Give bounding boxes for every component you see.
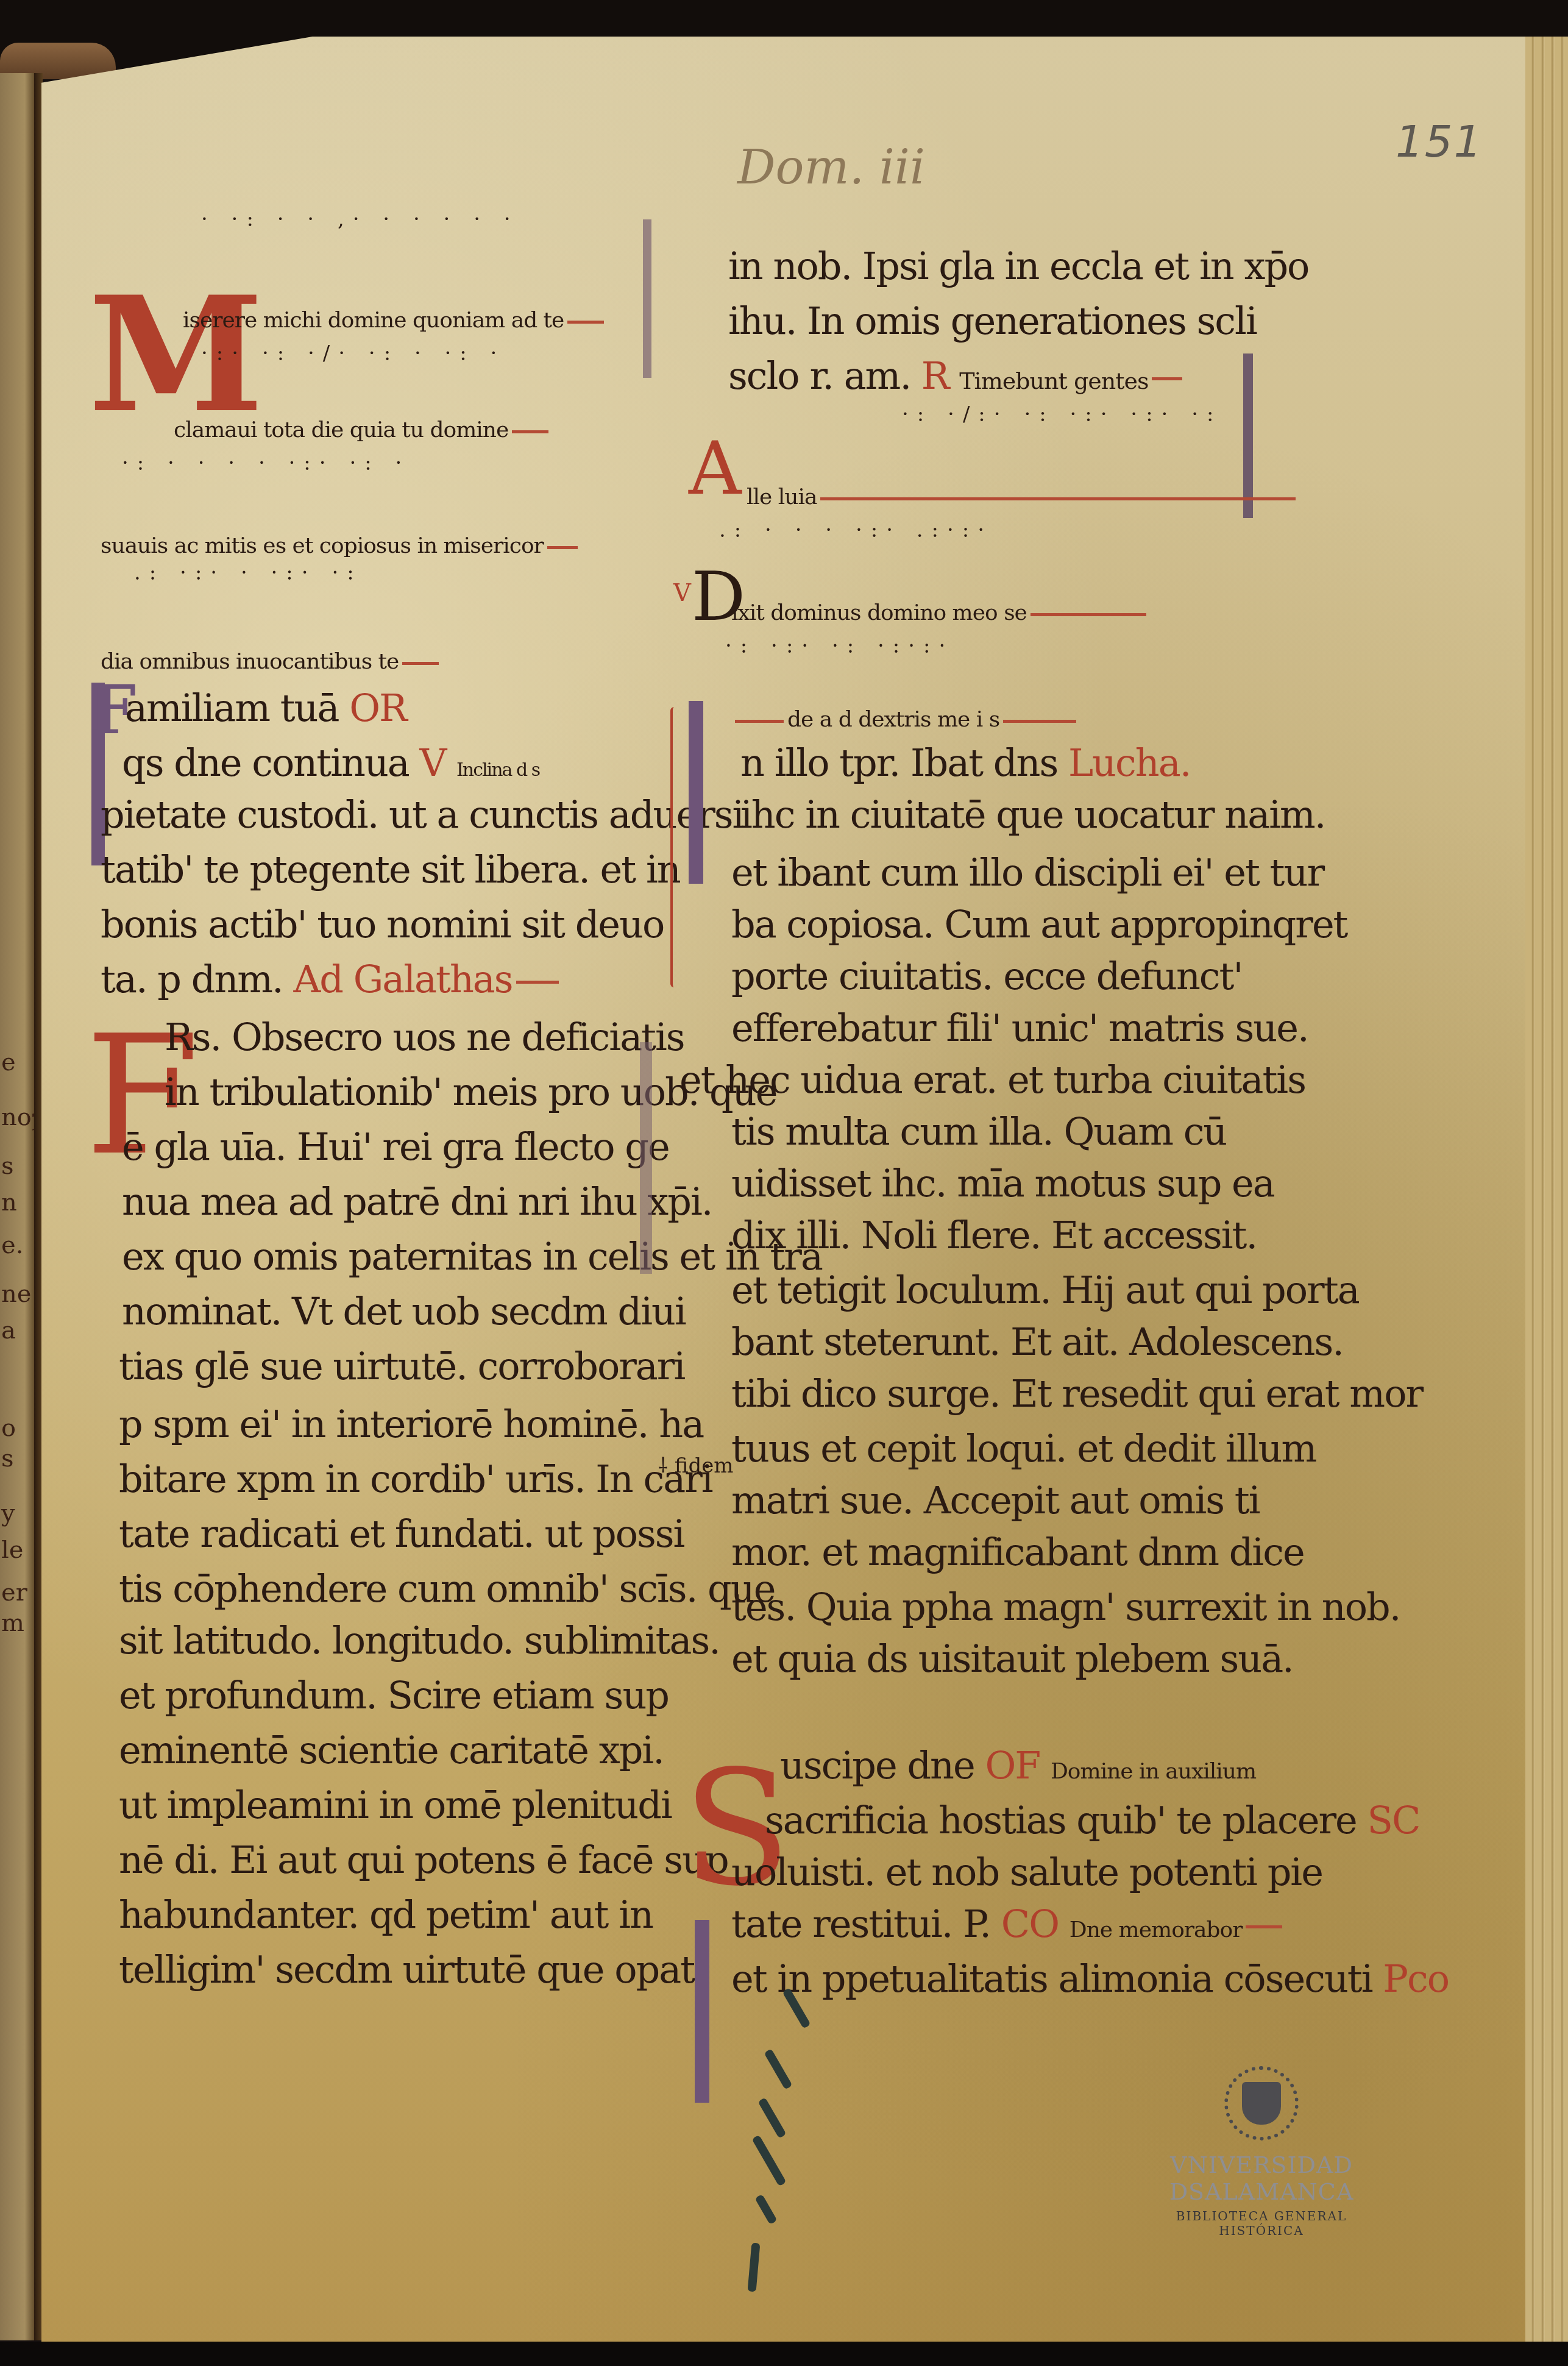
margin-fragment: a [1,1316,16,1345]
watermark-line1: VNIVERSIDAD [1133,2151,1389,2178]
text-line: tate restitui. P. CO Dne memorabor [731,1902,1286,1946]
text-line: eminentē scientie caritatē xpi. [119,1728,664,1772]
margin-fragment: e. [1,1231,23,1259]
margin-note: ⸸ fidem [658,1451,734,1479]
chant-line: suauis ac mitis es et copiosus in miseri… [101,533,581,558]
text-line: ihu. In omis generationes scli [728,299,1257,343]
text-line: tuus et cepit loqui. et dedit illum [731,1426,1316,1471]
neume-row: .: ·:· · ·:· ·: [134,561,363,585]
column-rule [640,1042,652,1274]
university-seal-icon [1224,2066,1299,2140]
alleluia-line: lle luia [747,485,1299,510]
text-line: ē gla uīa. Hui' rei gra flecto ge [122,1124,669,1169]
text-line: bant steterunt. Et ait. Adolescens. [731,1320,1343,1364]
margin-fragment: er [1,1579,27,1607]
chant-line: iserere michi domine quoniam ad te [183,308,608,333]
text-line: Rs. Obsecro uos ne deficiatis [165,1015,684,1059]
margin-fragment: o [1,1414,16,1442]
text-line: pietate custodi. ut a cunctis aduersi [101,792,743,837]
text-line: qs dne continua V Inclina d s [122,741,539,785]
initial-a: A [689,427,742,511]
neume-row: .: · · · ·:· .:·:· [719,518,993,542]
text-line: tes. Quia ppha magn' surrexit in nob. [731,1585,1400,1629]
watermark-line3: BIBLIOTECA GENERAL HISTÓRICA [1133,2209,1389,2238]
previous-page-edge: e noȝ s n e. ne a o s y le er m [0,73,35,2340]
text-line: mor. et magnificabant dnm dice [731,1530,1304,1574]
text-line: matri sue. Accepit aut omis ti [731,1478,1260,1522]
text-line: n illo tpr. Ibat dns Lucha. [740,741,1190,785]
neume-row: ·:· ·: ·/· ·: · ·: · [201,341,505,366]
text-line: tis cōphendere cum omnib' scīs. que [119,1566,775,1611]
text-line: tate radicati et fundati. ut possi [119,1512,684,1556]
text-line: in nob. Ipsi gla in eccla et in xp̄o [728,244,1308,288]
text-line: et profundum. Scire etiam sup [119,1673,669,1718]
text-line: et tetigit loculum. Hij aut qui porta [731,1268,1359,1312]
neume-row: ·: ·/:· ·: ·:· ·:· ·: [902,402,1222,427]
text-line: ihc in ciuitatē que uocatur naim. [740,792,1325,837]
initial-i-purple [689,701,703,884]
text-line: sclo r. am. R Timebunt gentes [728,353,1186,398]
text-line: nominat. Vt det uob secdm diui [122,1289,686,1334]
margin-fragment: e [1,1048,16,1076]
text-line: et quia ds uisitauit plebem suā. [731,1636,1293,1681]
text-line: sacrificia hostias quib' te placere SC [765,1798,1419,1842]
text-line: uidisset ihc. mīa motus sup ea [731,1161,1274,1206]
margin-fragment: le [1,1536,23,1564]
chant-line: clamaui tota die quia tu domine [174,417,552,442]
fore-edge-leaves [1525,37,1568,2346]
text-line: uoluisti. et nob salute potenti pie [731,1850,1322,1894]
watermark-line2: DSALAMANCA [1133,2178,1389,2205]
verse-line: de a d dextris me i s [731,707,1080,732]
text-line: tatib' te ptegente sit libera. et in [101,847,680,892]
gutter [34,73,43,2340]
text-line: ta. p dnm. Ad Galathas [101,957,562,1001]
chant-line: dia omnibus inuocantibus te [101,649,442,674]
text-line: uscipe dne OF Domine in auxilium [780,1743,1256,1788]
text-line: et hec uidua erat. et turba ciuitatis [679,1057,1305,1102]
text-line: et in ppetualitatis alimonia cōsecuti Pc… [731,1956,1449,2001]
initial-flourish [670,707,678,987]
neume-row: ·: · · · · ·:· ·: · [122,451,410,475]
text-line: ut impleamini in omē plenitudi [119,1783,672,1827]
text-line: et ibant cum illo discipli ei' et tur [731,850,1324,895]
text-line: telligim' secdm uirtutē que opat [119,1947,694,1992]
margin-fragment: n [1,1188,17,1217]
column-rule [643,219,651,378]
dark-background-bottom [0,2342,1568,2366]
margin-fragment: y [1,1499,15,1527]
text-line: nua mea ad patrē dni nri ihu xp̄i. [122,1179,712,1224]
text-line: bonis actib' tuo nomini sit deuo [101,902,664,947]
text-line: sit latitudo. longitudo. sublimitas. [119,1618,720,1663]
text-line: tis multa cum illa. Quam cū [731,1109,1226,1154]
text-line: bitare xpm in cordib' urīs. In cari [119,1457,712,1501]
text-line: ex quo omis paternitas in celis et in tr… [122,1234,822,1279]
text-line: p spm ei' in interiorē hominē. ha [119,1402,703,1446]
gospel-rubric: Lucha. [1068,741,1190,785]
text-line: habundanter. qd petim' aut in [119,1892,653,1937]
verse-marker: V [673,579,691,607]
text-line: porte ciuitatis. ecce defunct' [731,954,1243,998]
margin-fragment: m [1,1609,24,1637]
university-watermark: VNIVERSIDAD DSALAMANCA BIBLIOTECA GENERA… [1133,2066,1389,2238]
margin-fragment: s [1,1152,14,1180]
text-line: tias glē sue uirtutē. corroborari [119,1344,684,1388]
verse-line: ixit dominus domino meo se [731,600,1150,625]
neume-row: ·: ·:· ·: ·:·:· [725,634,954,658]
text-line: efferebatur fili' unic' matris sue. [731,1006,1308,1050]
folio-number: 151 [1396,116,1483,167]
text-line: nē di. Ei aut qui potens ē facē sup [119,1838,728,1882]
header-scribble: Dom. iii [737,140,925,195]
text-line: amiliam tuā OR [125,686,406,730]
initial-i-purple [695,1920,709,2103]
neume-row: · ·: · · ,· · · · · · [201,207,519,232]
text-line: dix illi. Noli flere. Et accessit. [731,1213,1257,1257]
margin-fragment: s [1,1444,14,1473]
text-line: ba copiosa. Cum aut appropinqret [731,902,1347,947]
epistle-rubric: Ad Galathas [294,957,513,1001]
text-line: tibi dico surge. Et resedit qui erat mor [731,1371,1422,1416]
margin-fragment: ne [1,1280,31,1308]
